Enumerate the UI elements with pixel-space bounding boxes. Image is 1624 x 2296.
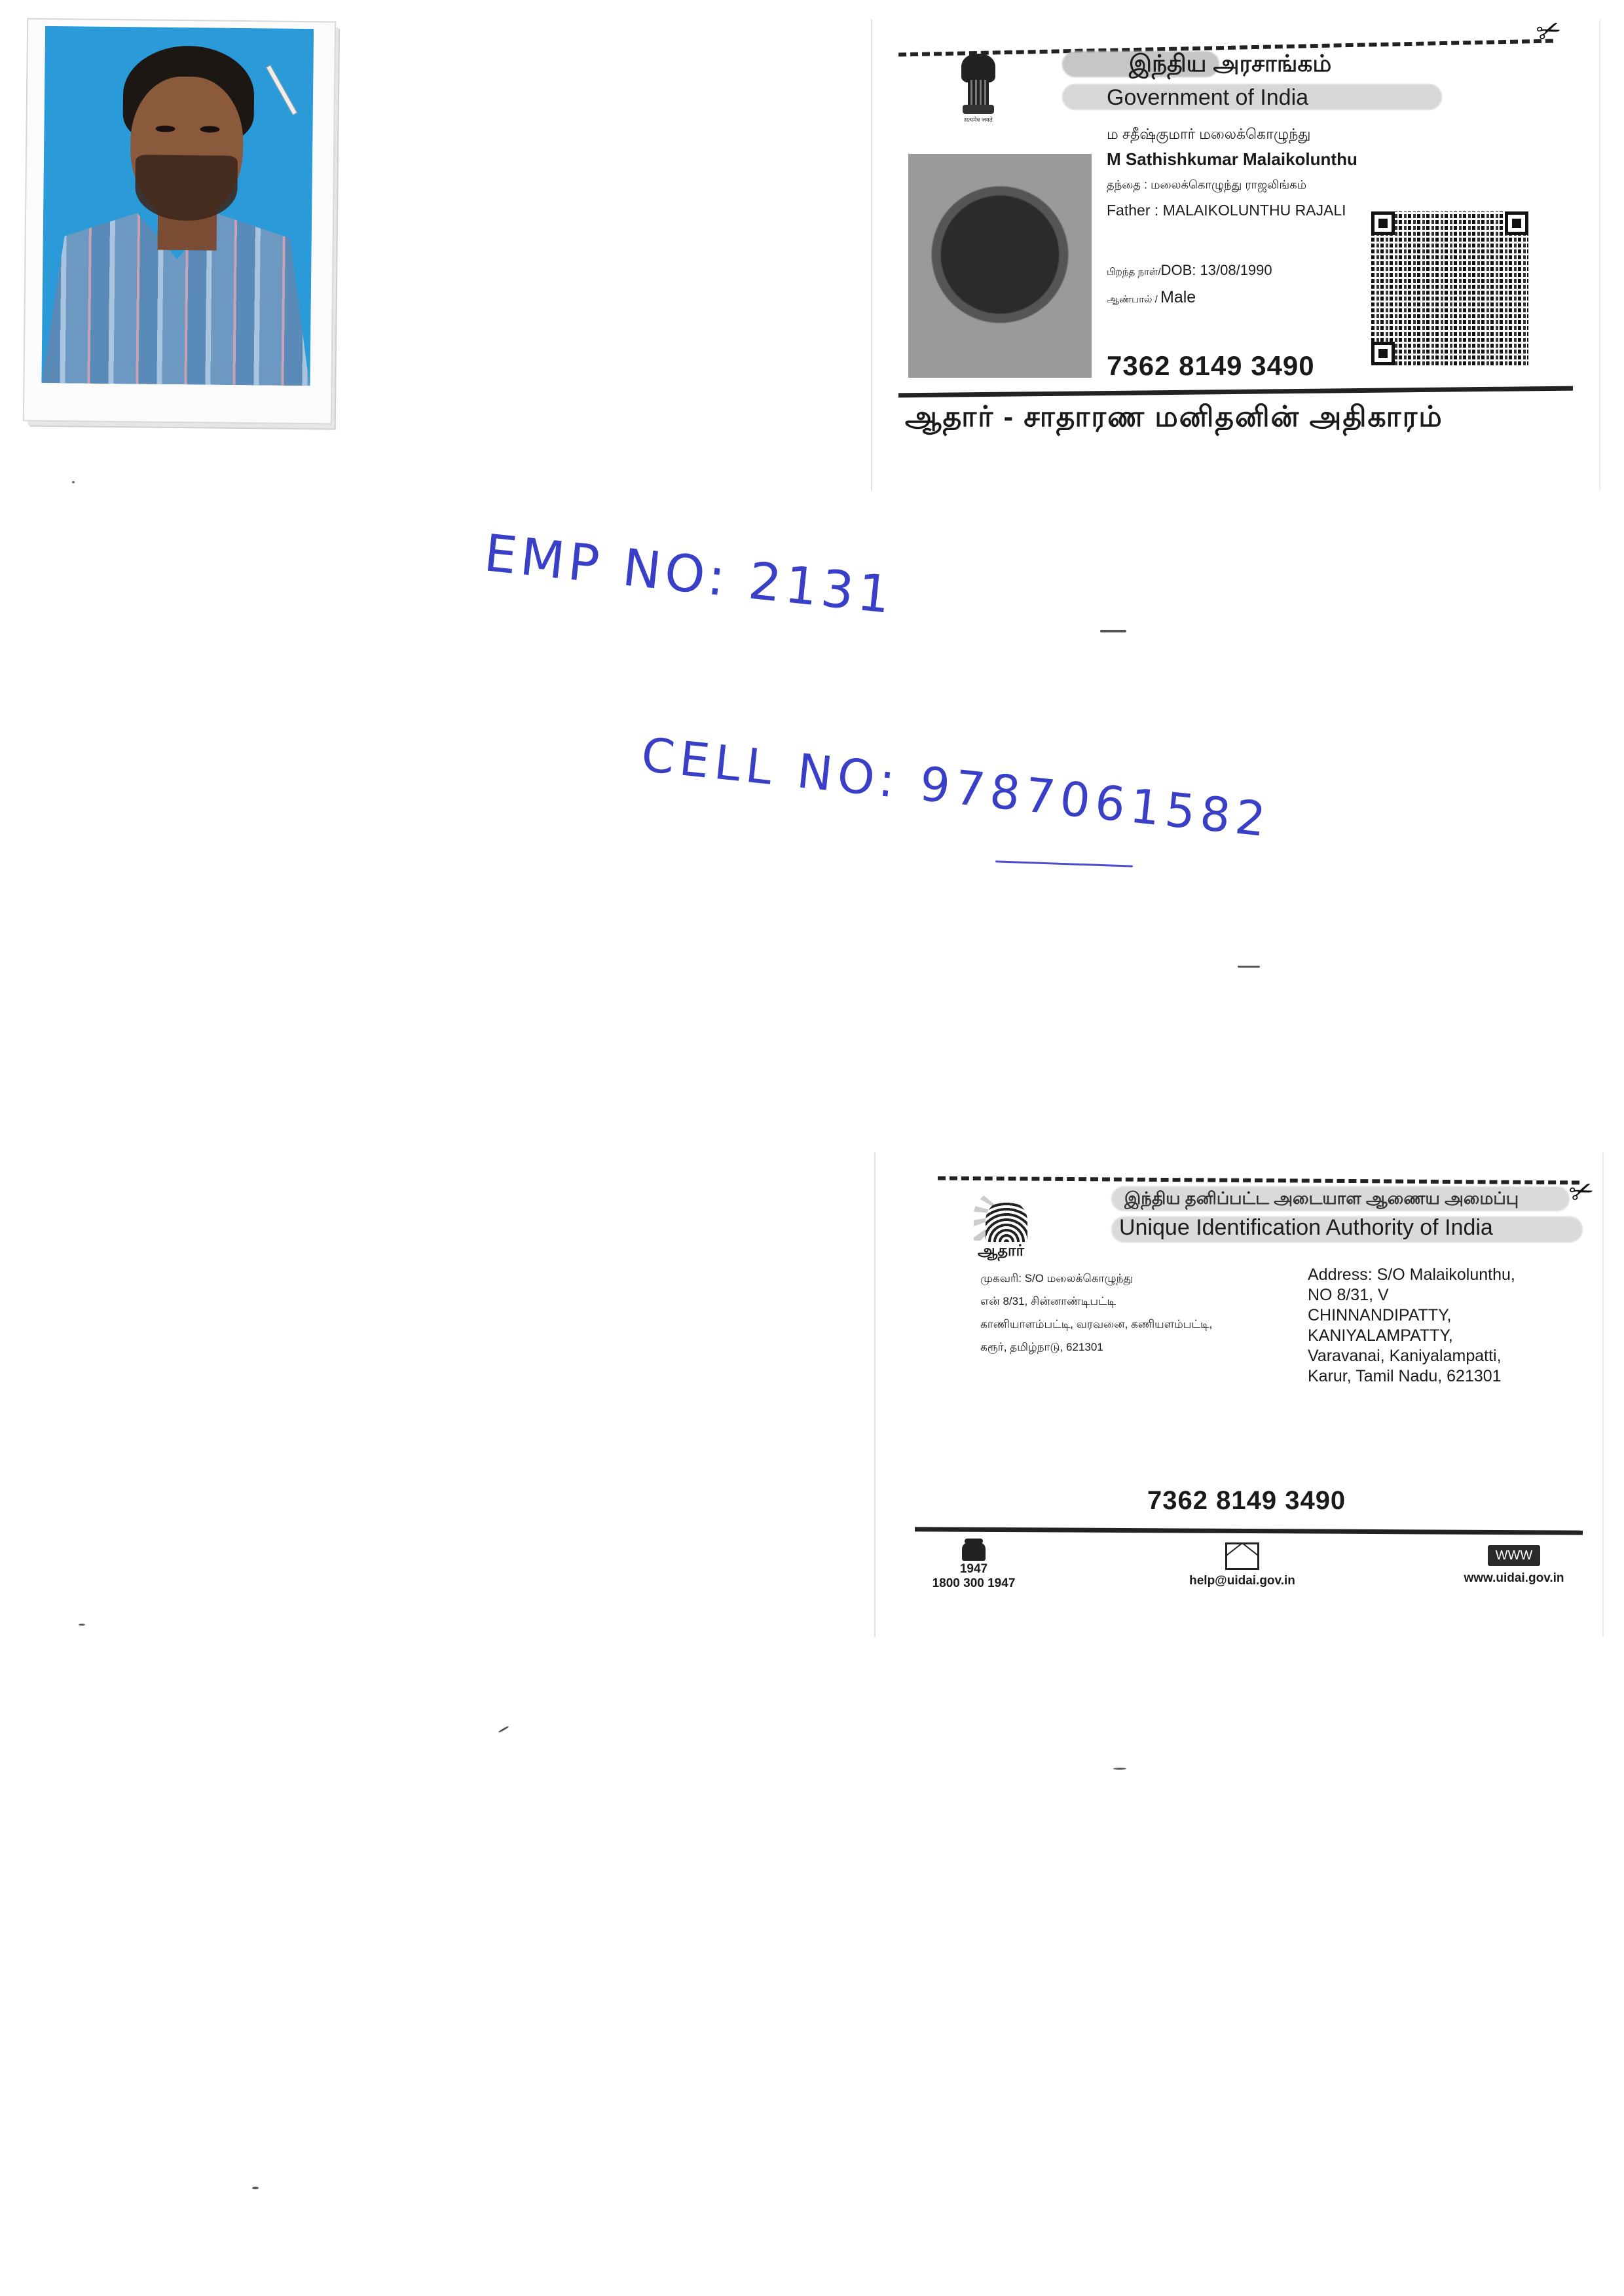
address-english-line: NO 8/31, V xyxy=(1308,1285,1515,1305)
divider-bar xyxy=(898,386,1573,398)
dob-label-tamil: பிறந்த நாள்/ xyxy=(1107,266,1161,278)
tagline-tamil: ஆதார் - சாதாரண மனிதனின் அதிகாரம் xyxy=(905,401,1443,437)
cell-no-label: CELL NO: xyxy=(639,727,903,809)
emblem-motto: सत्यमेव जयते xyxy=(959,115,998,124)
header-tamil: இந்திய தனிப்பட்ட அடையாள ஆணைய அமைப்பு xyxy=(1124,1188,1519,1211)
contact-website: WWW www.uidai.gov.in xyxy=(1455,1545,1573,1586)
address-english-line: CHINNANDIPATTY, xyxy=(1308,1305,1515,1326)
scan-speck xyxy=(79,1624,85,1626)
address-english-line: Karur, Tamil Nadu, 621301 xyxy=(1308,1366,1515,1387)
envelope-icon xyxy=(1225,1542,1259,1570)
pen-stroke xyxy=(995,860,1133,867)
cell-number: CELL NO: 9787061582 xyxy=(639,727,1274,847)
address-tamil-line: காணியாளம்பட்டி, வரவனை, கணியளம்பட்டி, xyxy=(980,1313,1255,1336)
aadhaar-number: 7362 8149 3490 xyxy=(1107,350,1315,382)
address-english-line: Address: S/O Malaikolunthu, xyxy=(1308,1265,1515,1285)
phone-toll-free: 1800 300 1947 xyxy=(921,1576,1026,1591)
website-link: www.uidai.gov.in xyxy=(1455,1571,1573,1586)
photo-eye xyxy=(155,126,175,132)
email-link: help@uidai.gov.in xyxy=(1177,1574,1308,1588)
address-tamil-line: என் 8/31, சின்னாண்டிபட்டி xyxy=(980,1290,1255,1313)
address-tamil: முகவரி: S/O மலைக்கொழுந்து என் 8/31, சின்… xyxy=(980,1267,1255,1358)
name-english: M Sathishkumar Malaikolunthu xyxy=(1107,149,1357,170)
cell-no-value: 9787061582 xyxy=(917,756,1274,848)
address-tamil-line: கரூர், தமிழ்நாடு, 621301 xyxy=(980,1336,1255,1358)
scan-speck xyxy=(1238,966,1260,968)
father-name-english: Father : MALAIKOLUNTHU RAJALI xyxy=(1107,202,1346,219)
emp-no-value: 2131 xyxy=(746,552,897,626)
scan-speck xyxy=(1100,630,1126,632)
gender: ஆண்பால் / Male xyxy=(1107,288,1196,307)
national-emblem-icon: सत्यमेव जयते xyxy=(959,54,998,122)
aadhaar-logo-icon: ஆதார் xyxy=(974,1188,1039,1254)
pin-mark xyxy=(266,65,297,115)
aadhaar-number: 7362 8149 3490 xyxy=(1147,1486,1346,1516)
aadhaar-logo-label: ஆதார் xyxy=(978,1242,1024,1262)
contact-phone: 1947 1800 300 1947 xyxy=(921,1542,1026,1591)
employee-number: EMP NO: 2131 xyxy=(481,524,896,625)
scan-speck xyxy=(252,2187,259,2189)
date-of-birth: பிறந்த நாள்/DOB: 13/08/1990 xyxy=(1107,262,1272,279)
phone-short: 1947 xyxy=(921,1562,1026,1576)
qr-code xyxy=(1371,211,1528,365)
contact-email: help@uidai.gov.in xyxy=(1177,1542,1308,1588)
scan-speck xyxy=(498,1726,509,1734)
aadhaar-card-back: ✂ ஆதார் இந்திய தனிப்பட்ட அடையாள ஆணைய அமை… xyxy=(874,1152,1604,1637)
header-tamil: இந்திய அரசாங்கம் xyxy=(1129,50,1331,81)
header-english: Unique Identification Authority of India xyxy=(1119,1215,1493,1241)
aadhaar-card-front: ✂ सत्यमेव जयते இந்திய அரசாங்கம் Governme… xyxy=(871,20,1600,491)
name-tamil: ம சதீஷ்குமார் மலைக்கொழுந்து xyxy=(1107,126,1310,145)
address-english-line: KANIYALAMPATTY, xyxy=(1308,1326,1515,1346)
cut-line xyxy=(938,1176,1579,1185)
scissors-icon: ✂ xyxy=(1532,11,1566,51)
passport-photo xyxy=(41,26,314,386)
address-english: Address: S/O Malaikolunthu, NO 8/31, V C… xyxy=(1308,1265,1515,1387)
holder-photo xyxy=(908,154,1092,378)
passport-photo-frame xyxy=(23,18,336,425)
photo-eye xyxy=(200,126,219,132)
dob-label: DOB: xyxy=(1161,262,1200,278)
gender-label-tamil: ஆண்பால் / xyxy=(1107,294,1160,305)
header-english: Government of India xyxy=(1107,85,1308,111)
father-name-tamil: தந்தை : மலைக்கொழுந்து ராஜலிங்கம் xyxy=(1107,178,1306,193)
address-tamil-line: முகவரி: S/O மலைக்கொழுந்து xyxy=(980,1267,1255,1290)
emp-no-label: EMP NO: xyxy=(481,524,731,608)
scissors-icon: ✂ xyxy=(1564,1172,1598,1212)
scan-speck xyxy=(1113,1768,1126,1770)
divider-bar xyxy=(915,1527,1583,1535)
gender-value: Male xyxy=(1160,288,1196,306)
address-english-line: Varavanai, Kaniyalampatti, xyxy=(1308,1346,1515,1366)
dob-value: 13/08/1990 xyxy=(1200,262,1272,278)
scan-speck xyxy=(72,481,75,483)
www-icon: WWW xyxy=(1488,1545,1540,1566)
phone-icon xyxy=(962,1542,986,1561)
photo-beard xyxy=(135,155,238,221)
